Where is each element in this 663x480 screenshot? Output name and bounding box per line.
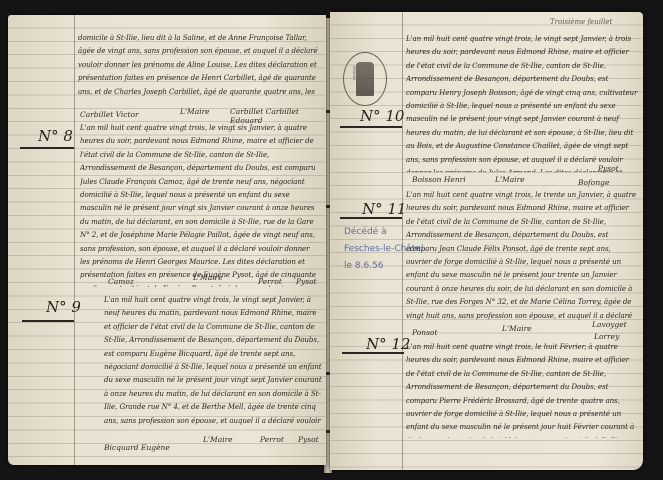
- signature: Pysot: [296, 277, 317, 286]
- folio-note: Troisième feuillet: [550, 18, 612, 26]
- stamp-figure-icon: [356, 62, 374, 96]
- entry-number-rule: [340, 217, 402, 219]
- right-page: Troisième feuillet TIMBRE N° 10 L'an mil…: [330, 12, 643, 470]
- tax-stamp: TIMBRE: [343, 52, 387, 106]
- signature: Camoz: [108, 277, 134, 286]
- margin-line: [74, 15, 75, 465]
- entry-text: L'an mil huit cent quatre vingt trois, l…: [406, 32, 638, 172]
- continuation-text: domicile à St-Ilie, lieu dit à la Saline…: [78, 31, 318, 101]
- stamp-label: TIMBRE: [353, 65, 357, 80]
- entry-text: L'an mil huit cent quatre vingt trois, l…: [80, 121, 320, 287]
- signature: L'Maire: [502, 324, 532, 333]
- signature: L'Maire: [203, 435, 233, 444]
- entry-number-rule: [342, 352, 404, 354]
- signature: Carbillet Victor: [80, 110, 139, 119]
- signature: Ponsot: [412, 328, 437, 337]
- entry-text: L'an mil huit cent quatre vingt trois, l…: [104, 293, 322, 429]
- entry-number-rule: [340, 126, 402, 128]
- signature: Pysot: [598, 164, 619, 173]
- entry-number: N° 11: [362, 200, 406, 218]
- signature: Boisson Henri: [412, 175, 466, 184]
- signature: L'Maire: [495, 175, 525, 184]
- entry-number: N° 9: [46, 298, 81, 316]
- signature: Pysot: [298, 435, 319, 444]
- signature: L'Maire: [180, 107, 210, 116]
- entry-number: N° 8: [38, 127, 73, 145]
- signature: Bicquard Eugène: [104, 443, 170, 452]
- signature: Perrot: [258, 277, 282, 286]
- entry-number-rule: [20, 147, 74, 149]
- entry-number: N° 10: [360, 107, 404, 125]
- entry-text: L'an mil huit cent quatre vingt trois, l…: [406, 340, 638, 438]
- signature: L'Maire: [193, 273, 223, 282]
- left-page: domicile à St-Ilie, lieu dit à la Saline…: [8, 15, 326, 465]
- signature: Perrot: [260, 435, 284, 444]
- entry-number: N° 12: [366, 335, 410, 353]
- signature: Bofonge: [578, 178, 609, 187]
- signature: Lavoyget: [592, 320, 627, 329]
- entry-text: L'an mil huit cent quatre vingt trois, l…: [406, 188, 638, 324]
- entry-number-rule: [22, 320, 74, 322]
